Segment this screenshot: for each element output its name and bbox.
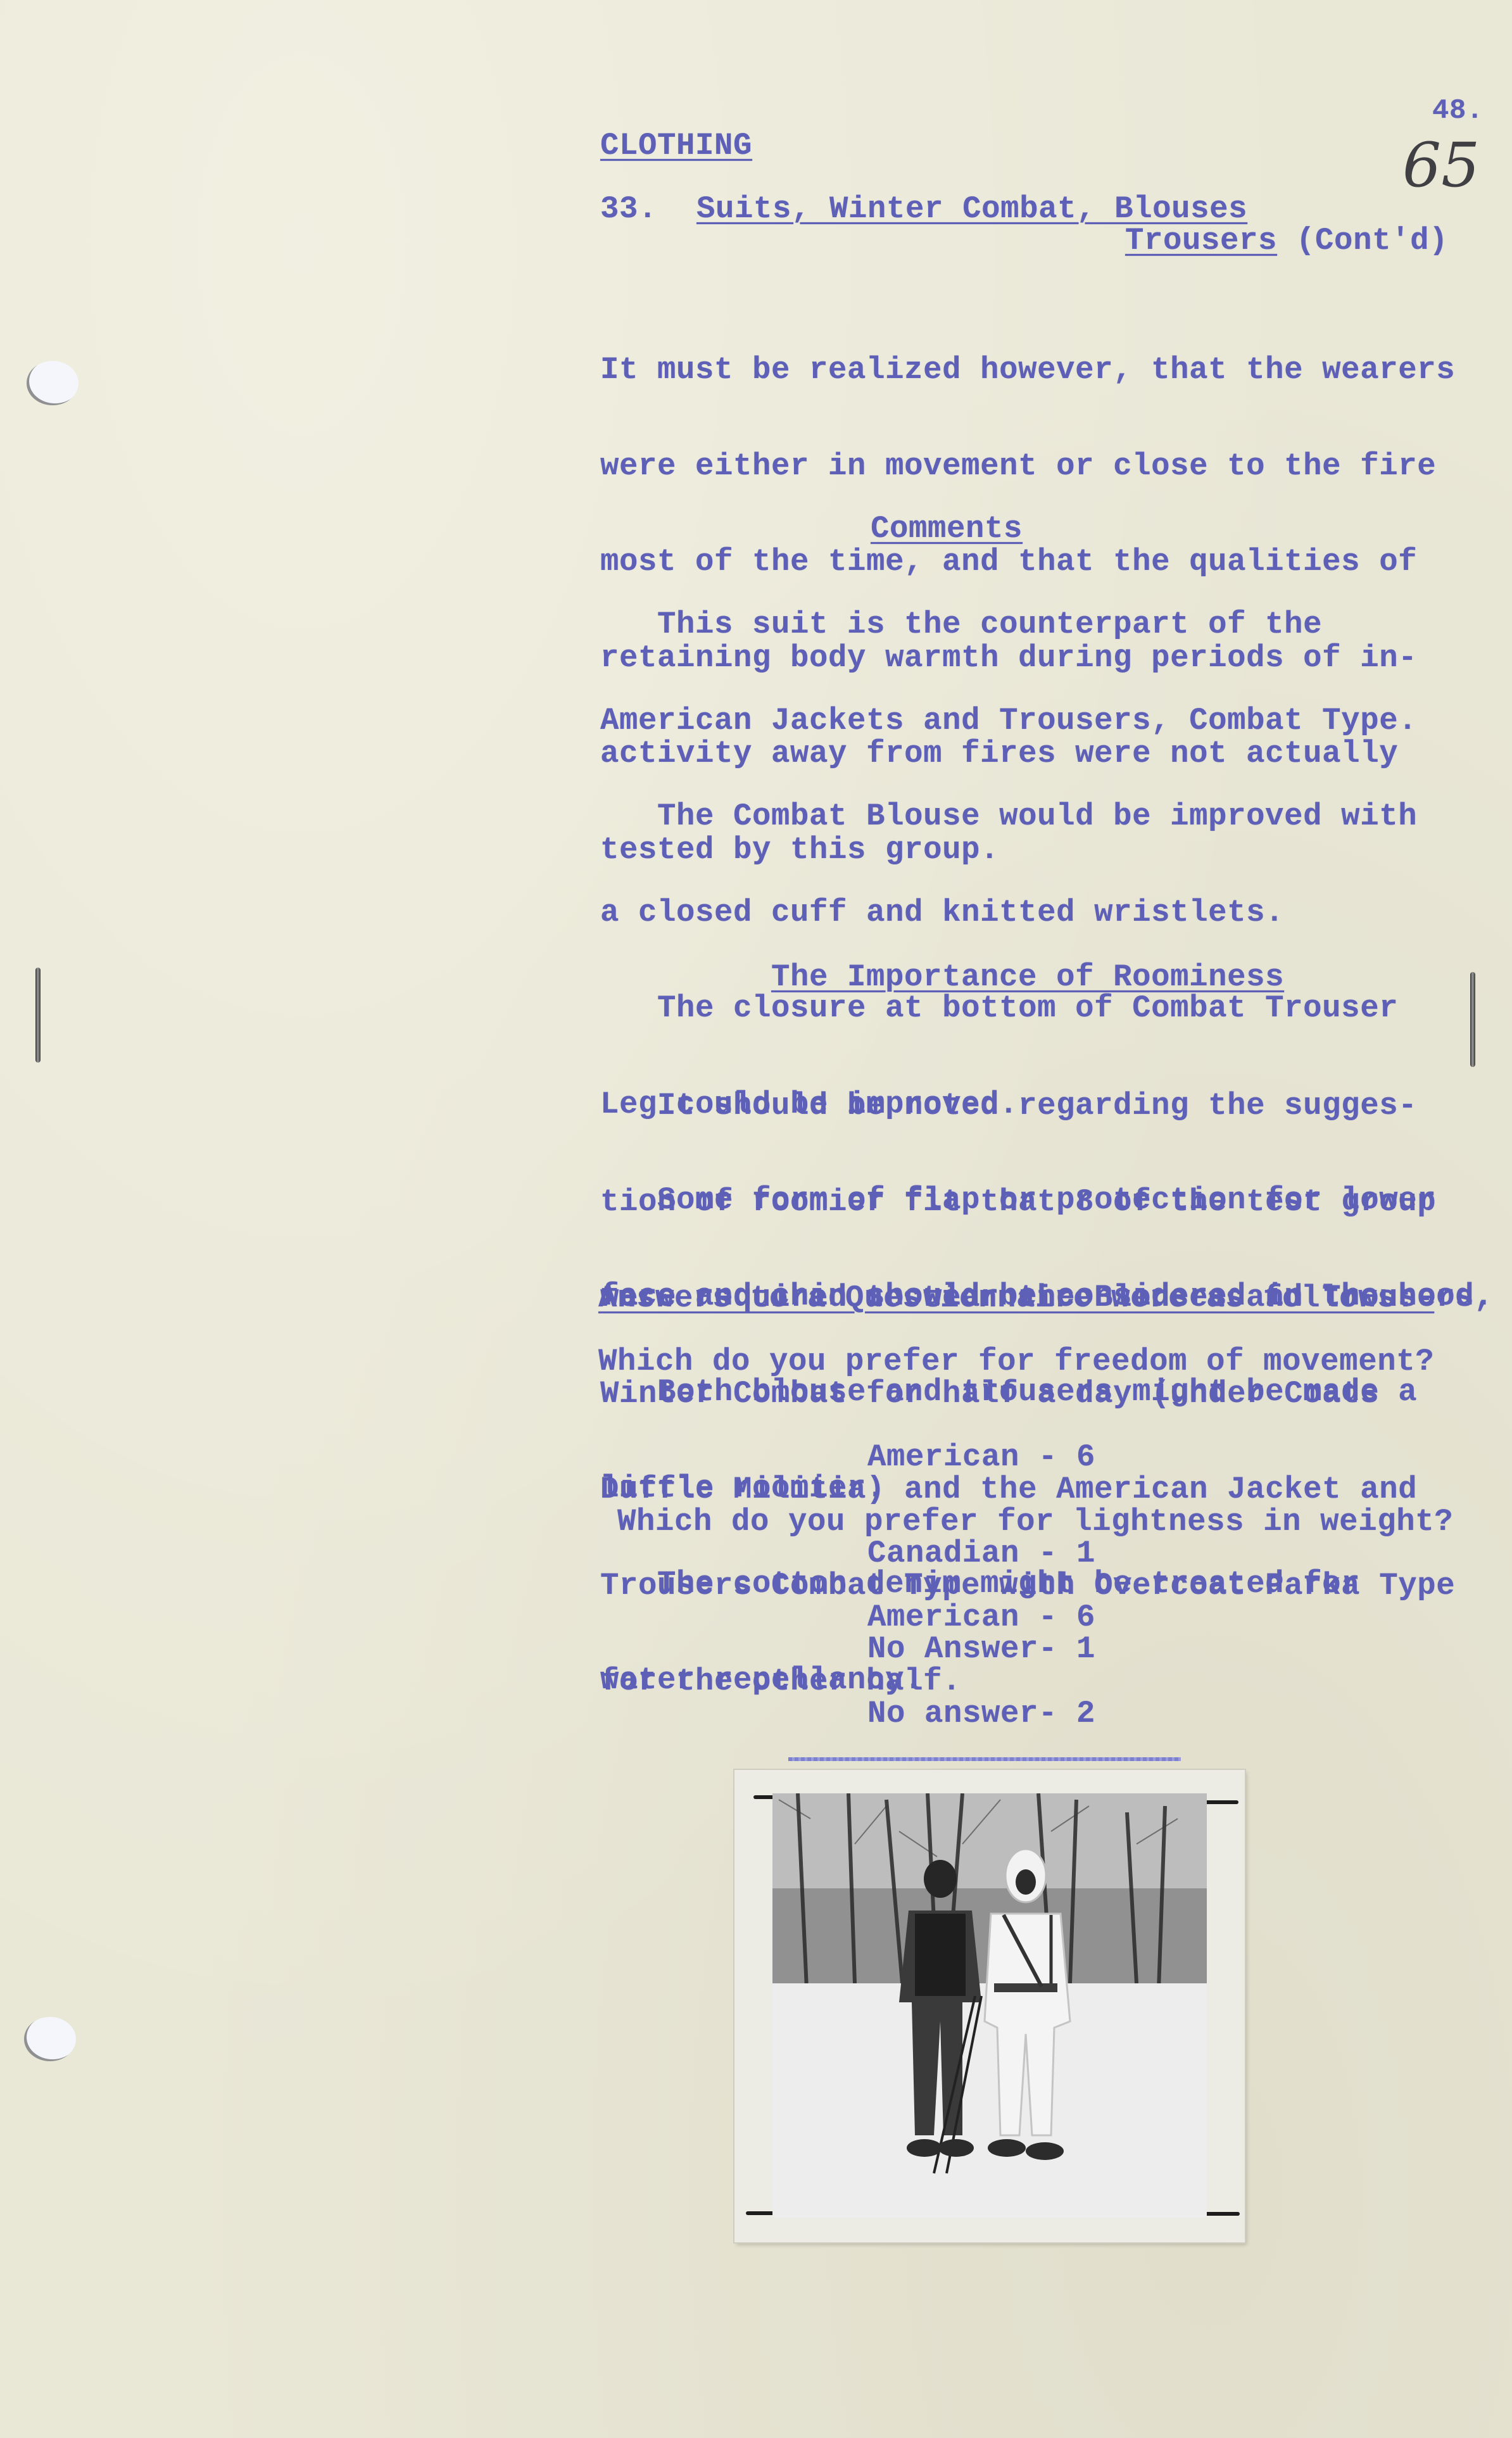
question-2: Which do you prefer for lightness in wei…: [598, 1506, 1453, 1538]
section-heading: CLOTHING: [600, 130, 752, 162]
photo-scene: [772, 1793, 1207, 2218]
item-title-trousers: Trousers: [1125, 223, 1277, 258]
intro-line: It must be realized however, that the we…: [600, 354, 1455, 386]
answer-item: American - 6: [867, 1601, 1095, 1634]
punch-hole-bottom: [24, 2017, 76, 2061]
comments-line: This suit is the counterpart of the: [600, 609, 1493, 641]
comments-line: The closure at bottom of Combat Trouser: [600, 992, 1493, 1025]
questionnaire-heading: Answers to a Questionnaire were as follo…: [598, 1282, 1434, 1315]
staple-left: [35, 968, 41, 1063]
photo-mount: [734, 1770, 1245, 2242]
item-number: 33.: [600, 193, 657, 225]
comments-line: a closed cuff and knitted wristlets.: [600, 897, 1493, 929]
comments-heading: Comments: [871, 513, 1023, 545]
punch-hole-top: [27, 361, 79, 405]
roominess-heading: The Importance of Roominess: [771, 961, 1284, 994]
comments-line: American Jackets and Trousers, Combat Ty…: [600, 705, 1493, 737]
answer-item: No answer- 2: [867, 1698, 1095, 1730]
item-title-line2: Trousers (Cont'd): [1125, 225, 1448, 257]
comments-line: The Combat Blouse would be improved with: [600, 800, 1493, 833]
typed-rule-above-photo: [788, 1757, 1181, 1761]
item-title-contd: (Cont'd): [1277, 223, 1448, 258]
photograph-soldiers-in-snow: [772, 1793, 1207, 2218]
roominess-line: It should be noted regarding the sugges-: [600, 1090, 1493, 1122]
typed-page-number: 48.: [1432, 95, 1484, 127]
question-2-answers: American - 6 No answer- 2: [867, 1538, 1095, 1762]
question-1: Which do you prefer for freedom of movem…: [598, 1346, 1434, 1378]
intro-line: were either in movement or close to the …: [600, 450, 1455, 483]
item-title: Suits, Winter Combat, Blouses: [696, 193, 1247, 225]
roominess-line: tion of roomier fit that 8 of the test g…: [600, 1186, 1493, 1218]
handwritten-page-number: 65: [1402, 130, 1480, 201]
answer-item: American - 6: [867, 1441, 1095, 1474]
